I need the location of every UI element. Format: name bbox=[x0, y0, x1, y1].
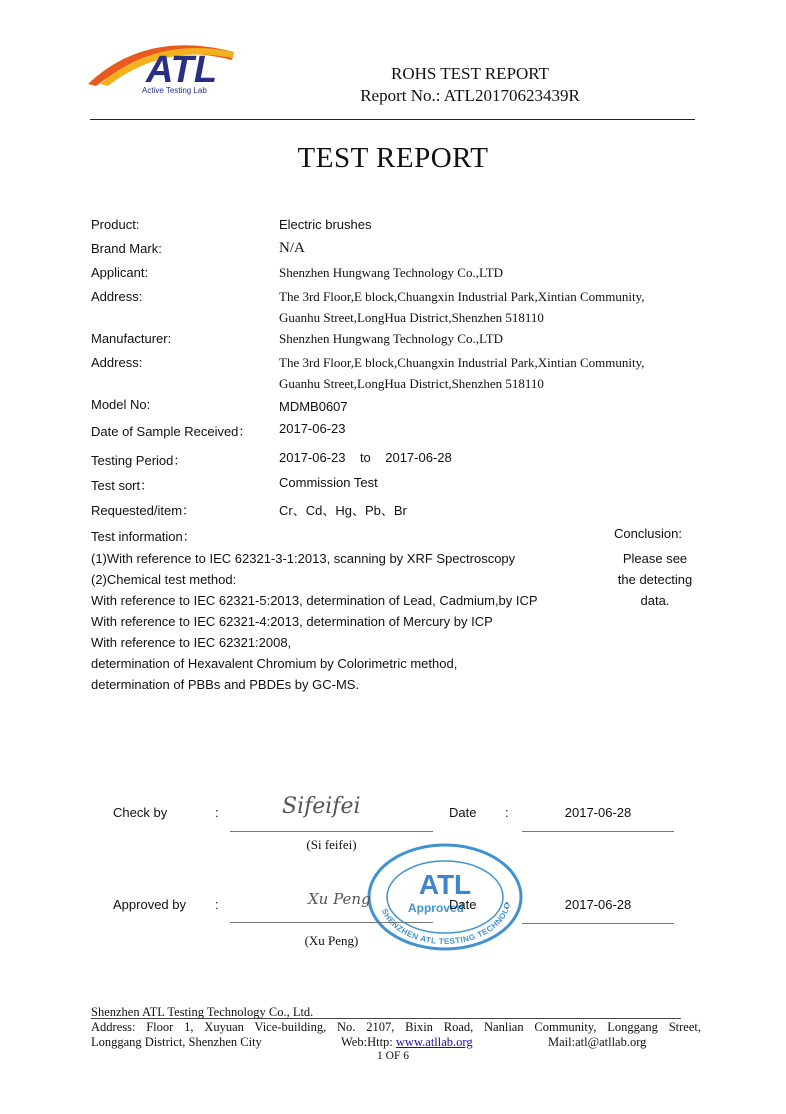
test-info-line: (2)Chemical test method: bbox=[91, 572, 236, 587]
check-by-signature: Sifeifei bbox=[282, 794, 361, 819]
field-value-brand: N/A bbox=[279, 240, 305, 257]
page-number: 1 OF 6 bbox=[0, 1050, 786, 1062]
field-value-applicant: Shenzhen Hungwang Technology Co.,LTD bbox=[279, 265, 503, 281]
field-value-applicant-address-2: Guanhu Street,LongHua District,Shenzhen … bbox=[279, 310, 544, 326]
field-label-applicant-address: Address: bbox=[91, 289, 142, 304]
footer-web-link[interactable]: www.atllab.org bbox=[396, 1035, 473, 1049]
approved-date-value: 2017-06-28 bbox=[522, 897, 674, 912]
conclusion-line: data. bbox=[605, 593, 705, 608]
field-value-manufacturer-address-1: The 3rd Floor,E block,Chuangxin Industri… bbox=[279, 355, 645, 371]
footer-web: Web:Http: www.atllab.org bbox=[341, 1035, 473, 1050]
footer-divider bbox=[91, 1018, 681, 1019]
footer-address-line-1: Address: Floor 1, Xuyuan Vice-building, … bbox=[91, 1020, 701, 1035]
approved-by-printed-name: (Xu Peng) bbox=[230, 933, 433, 949]
svg-text:ATL: ATL bbox=[419, 869, 471, 900]
test-info-line: With reference to IEC 62321-5:2013, dete… bbox=[91, 593, 538, 608]
field-label-product: Product: bbox=[91, 217, 139, 232]
test-info-line: (1)With reference to IEC 62321-3-1:2013,… bbox=[91, 551, 515, 566]
approved-by-colon: : bbox=[215, 897, 219, 912]
check-by-colon: : bbox=[215, 805, 219, 820]
conclusion-line: Please see bbox=[605, 551, 705, 566]
report-number: Report No.: ATL20170623439R bbox=[320, 86, 620, 106]
field-label-testing-period: Testing Period： bbox=[91, 450, 186, 469]
check-date-colon: : bbox=[505, 805, 509, 820]
check-by-label: Check by bbox=[113, 805, 167, 820]
check-date-line bbox=[522, 831, 674, 832]
conclusion-line: the detecting bbox=[605, 572, 705, 587]
field-value-test-sort: Commission Test bbox=[279, 475, 378, 490]
report-type: ROHS TEST REPORT bbox=[340, 64, 600, 84]
field-value-applicant-address-1: The 3rd Floor,E block,Chuangxin Industri… bbox=[279, 289, 645, 305]
approved-date-line bbox=[522, 923, 674, 924]
field-value-testing-period: 2017-06-23 to 2017-06-28 bbox=[279, 450, 452, 465]
approved-date-label: Date bbox=[449, 897, 476, 912]
field-label-test-sort: Test sort： bbox=[91, 475, 153, 494]
field-label-brand: Brand Mark: bbox=[91, 241, 162, 256]
approved-date-colon: : bbox=[505, 897, 509, 912]
test-information-label: Test information： bbox=[91, 526, 196, 545]
svg-text:Active Testing Lab: Active Testing Lab bbox=[142, 86, 207, 95]
footer-mail: Mail:atl@atllab.org bbox=[548, 1035, 646, 1050]
check-date-label: Date bbox=[449, 805, 476, 820]
approved-by-signature: Xu Peng bbox=[308, 890, 371, 908]
field-value-product: Electric brushes bbox=[279, 217, 371, 232]
approved-by-signature-line bbox=[230, 922, 433, 923]
field-label-manufacturer-address: Address: bbox=[91, 355, 142, 370]
approved-by-label: Approved by bbox=[113, 897, 186, 912]
header-divider bbox=[90, 119, 695, 120]
test-info-line: With reference to IEC 62321-4:2013, dete… bbox=[91, 614, 493, 629]
field-value-model: MDMB0607 bbox=[279, 399, 348, 414]
conclusion-label: Conclusion: bbox=[614, 526, 682, 541]
field-label-requested-item: Requested/item： bbox=[91, 500, 195, 519]
test-info-line: determination of PBBs and PBDEs by GC-MS… bbox=[91, 677, 359, 692]
page-title: TEST REPORT bbox=[0, 142, 786, 175]
field-value-manufacturer-address-2: Guanhu Street,LongHua District,Shenzhen … bbox=[279, 376, 544, 392]
check-date-value: 2017-06-28 bbox=[522, 805, 674, 820]
field-label-sample-received: Date of Sample Received： bbox=[91, 421, 251, 440]
field-value-manufacturer: Shenzhen Hungwang Technology Co.,LTD bbox=[279, 331, 503, 347]
check-by-signature-line bbox=[230, 831, 433, 832]
test-info-line: With reference to IEC 62321:2008, bbox=[91, 635, 291, 650]
field-label-model: Model No: bbox=[91, 397, 150, 412]
field-value-sample-received: 2017-06-23 bbox=[279, 421, 346, 436]
svg-text:ATL: ATL bbox=[145, 49, 217, 91]
field-label-manufacturer: Manufacturer: bbox=[91, 331, 171, 346]
atl-logo: ATL Active Testing Lab bbox=[86, 34, 236, 96]
footer-web-label: Web:Http: bbox=[341, 1035, 396, 1049]
field-value-requested-item: Cr、Cd、Hg、Pb、Br bbox=[279, 500, 407, 519]
field-label-applicant: Applicant: bbox=[91, 265, 148, 280]
footer-address-line-2: Longgang District, Shenzhen City bbox=[91, 1035, 262, 1050]
test-info-line: determination of Hexavalent Chromium by … bbox=[91, 656, 457, 671]
